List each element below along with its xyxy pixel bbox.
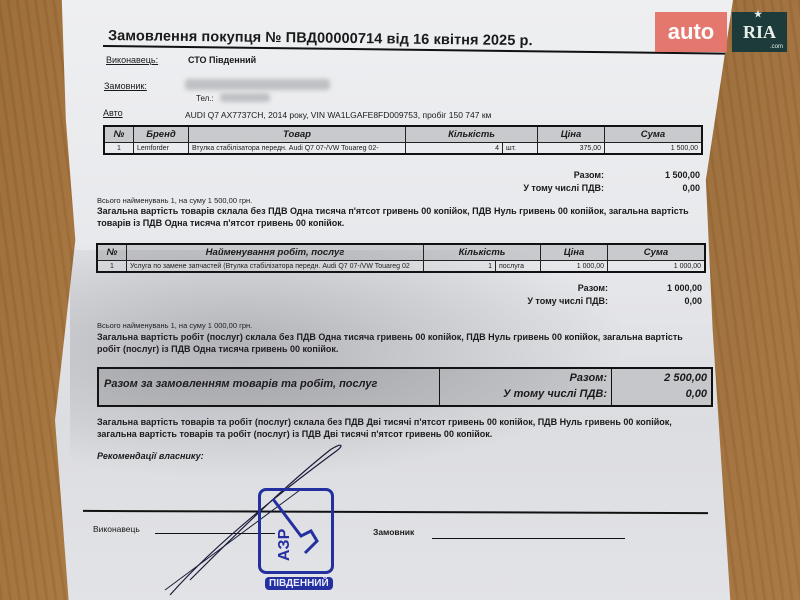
star-icon: ★	[754, 9, 762, 19]
grand-total-box: Разом за замовленням товарів та робіт, п…	[97, 367, 713, 407]
phone-label: Тел.:	[196, 94, 214, 103]
table-row: 1 Услуга по замене запчастей (Втулка ста…	[97, 261, 705, 273]
goods-summary-text: Загальна вартість товарів склала без ПДВ…	[97, 206, 697, 229]
car-value: AUDI Q7 AX7737CH, 2014 року, VIN WA1LGAF…	[185, 110, 491, 120]
services-summary-text: Загальна вартість робіт (послуг) склала …	[97, 332, 697, 355]
col-quantity: Кількість	[424, 244, 541, 261]
services-total-value: 1 000,00	[620, 283, 702, 293]
goods-vat-label: У тому числі ПДВ:	[470, 183, 604, 193]
customer-signature-label: Замовник	[373, 527, 414, 537]
executor-signature-label: Виконавець	[93, 524, 140, 534]
col-brand: Бренд	[134, 126, 189, 143]
col-price: Ціна	[538, 126, 605, 143]
wrench-logo-icon: АЗР	[261, 491, 331, 571]
grand-total-vat-value: 0,00	[686, 388, 707, 400]
col-sum: Сума	[605, 126, 703, 143]
car-label: Авто	[103, 108, 123, 118]
col-number: №	[97, 244, 127, 261]
services-total-label: Разом:	[490, 283, 608, 293]
goods-count-line: Всього найменувань 1, на суму 1 500,00 г…	[97, 196, 252, 205]
grand-summary-text: Загальна вартість товарів та робіт (посл…	[97, 417, 697, 440]
goods-total-label: Разом:	[490, 170, 604, 180]
col-sum: Сума	[608, 244, 706, 261]
goods-total-value: 1 500,00	[620, 170, 700, 180]
autoria-logo-ria: ★ RIA .com	[732, 12, 787, 52]
executor-label: Виконавець:	[106, 55, 158, 65]
grand-total-sum-label: Разом:	[570, 372, 607, 384]
services-vat-value: 0,00	[620, 296, 702, 306]
customer-label: Замовник:	[104, 81, 147, 91]
customer-signature-line	[432, 538, 625, 539]
col-service-name: Найменування робіт, послуг	[127, 244, 424, 261]
autoria-logo-auto: auto	[655, 12, 727, 52]
col-quantity: Кількість	[406, 126, 538, 143]
services-vat-label: У тому числі ПДВ:	[470, 296, 608, 306]
goods-table: № Бренд Товар Кількість Ціна Сума 1 Lemf…	[103, 125, 703, 155]
executor-value: СТО Південний	[188, 55, 256, 65]
services-count-line: Всього найменувань 1, на суму 1 000,00 г…	[97, 321, 252, 330]
customer-name-redacted	[185, 79, 330, 90]
grand-total-vat-label: У тому числі ПДВ:	[503, 388, 607, 400]
svg-text:АЗР: АЗР	[276, 528, 293, 561]
phone-redacted	[220, 93, 270, 102]
grand-total-label: Разом за замовленням товарів та робіт, п…	[104, 378, 377, 390]
col-item: Товар	[189, 126, 406, 143]
table-row: 1 Lemforder Втулка стабілізатора передн.…	[104, 143, 702, 155]
col-number: №	[104, 126, 134, 143]
stamp-company-name: ПІВДЕННИЙ	[265, 577, 333, 590]
order-document: Замовлення покупця № ПВД00000714 від 16 …	[0, 0, 800, 600]
goods-vat-value: 0,00	[620, 183, 700, 193]
services-table: № Найменування робіт, послуг Кількість Ц…	[96, 243, 706, 273]
company-stamp: АЗР	[258, 488, 334, 574]
grand-total-sum-value: 2 500,00	[664, 372, 707, 384]
col-price: Ціна	[541, 244, 608, 261]
